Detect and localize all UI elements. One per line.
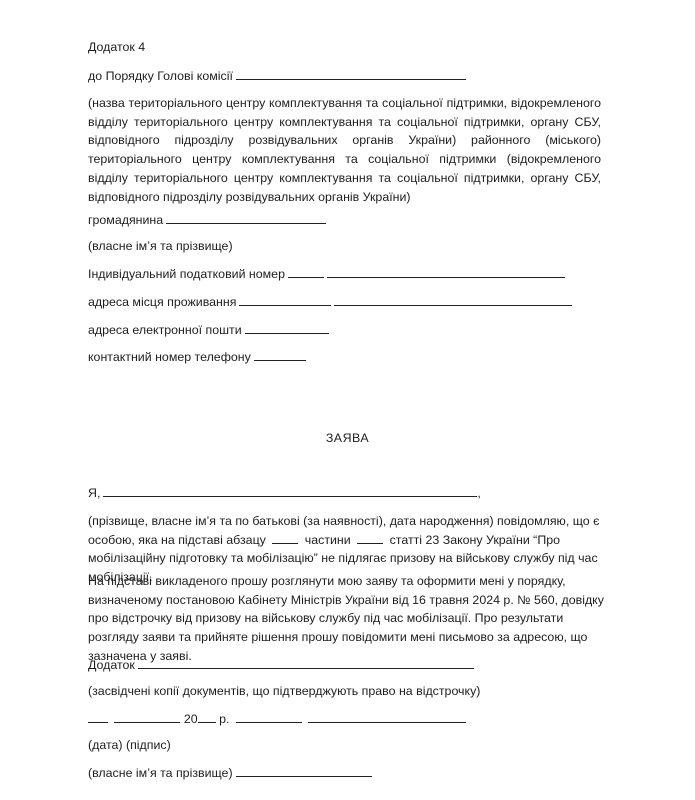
i-label: Я, (88, 486, 100, 500)
email-field[interactable] (245, 322, 329, 334)
comma: , (477, 486, 480, 500)
tax-id-field-short[interactable] (288, 266, 324, 278)
year-prefix: 20 (184, 712, 198, 726)
day-field[interactable] (88, 711, 108, 723)
address-field-short[interactable] (239, 294, 331, 306)
phone-line: контактний номер телефону (88, 349, 306, 364)
final-name-field[interactable] (236, 765, 372, 777)
attachment-label: Додаток (88, 658, 135, 672)
year-field[interactable] (198, 711, 216, 723)
email-line: адреса електронної пошти (88, 322, 329, 337)
year-suffix: р. (219, 712, 229, 726)
part-number-field[interactable] (357, 532, 383, 544)
attachment-line: Додаток (88, 657, 474, 672)
phone-field[interactable] (254, 349, 306, 361)
applicant-name-line: Я,, (88, 485, 481, 500)
month-field[interactable] (114, 711, 180, 723)
phone-label: контактний номер телефону (88, 350, 251, 364)
final-name-line: (власне ім’я та прізвище) (88, 765, 372, 780)
email-label: адреса електронної пошти (88, 323, 242, 337)
address-label: адреса місця проживання (88, 295, 236, 309)
attachment-hint: (засвідчені копії документів, що підтвер… (88, 684, 480, 698)
org-description: (назва територіального центру комплектув… (88, 94, 601, 206)
commission-head-field[interactable] (236, 68, 466, 80)
statement-title: ЗАЯВА (0, 431, 695, 445)
tax-id-line: Індивідуальний податковий номер (88, 266, 565, 281)
paragraph-number-field[interactable] (272, 532, 298, 544)
date-signature-hint: (дата) (підпис) (88, 738, 171, 752)
name-hint: (власне ім’я та прізвище) (88, 239, 233, 253)
citizen-label: громадянина (88, 213, 163, 227)
attachment-field[interactable] (138, 657, 474, 669)
applicant-full-name-field[interactable] (103, 485, 477, 497)
address-field-long[interactable] (334, 294, 572, 306)
signature-name-field[interactable] (308, 711, 466, 723)
signature-field[interactable] (236, 711, 302, 723)
final-name-label: (власне ім’я та прізвище) (88, 766, 233, 780)
tax-id-field-long[interactable] (327, 266, 565, 278)
address-line: адреса місця проживання (88, 294, 572, 309)
to-order-line: до Порядку Голові комісії (88, 68, 466, 83)
citizen-line: громадянина (88, 212, 326, 227)
to-order-label: до Порядку Голові комісії (88, 69, 233, 83)
statement-paragraph-2: На підставі викладеного прошу розглянути… (88, 572, 608, 666)
date-signature-line: 20 р. (88, 711, 466, 726)
para1-text-b: частини (305, 533, 351, 547)
citizen-field[interactable] (166, 212, 326, 224)
tax-id-label: Індивідуальний податковий номер (88, 267, 285, 281)
application-document: Додаток 4 до Порядку Голові комісії (наз… (0, 0, 695, 800)
appendix-number: Додаток 4 (88, 40, 145, 54)
